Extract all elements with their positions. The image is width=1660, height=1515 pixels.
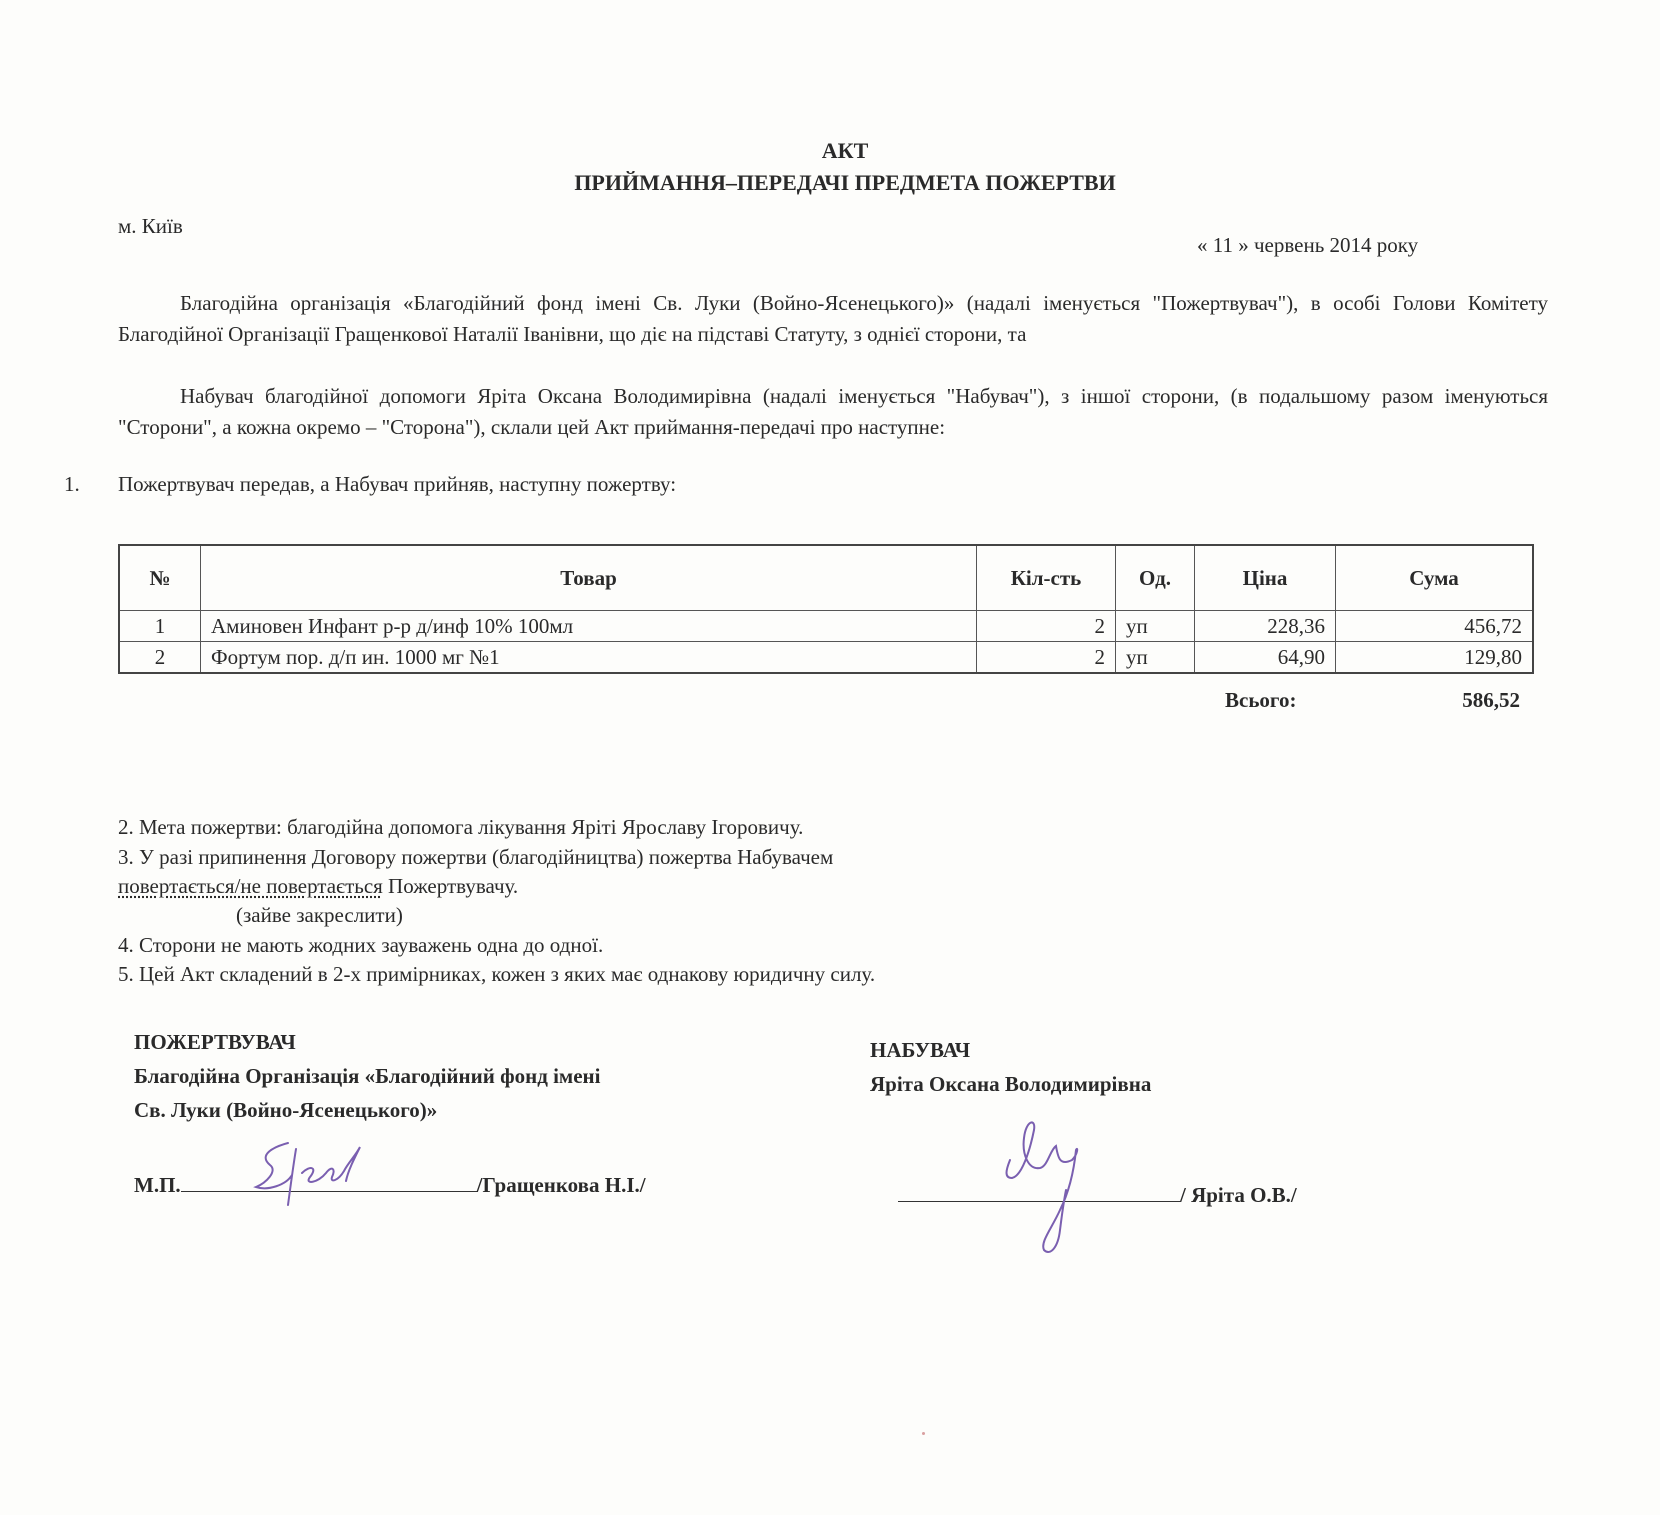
cell-product: Фортум пор. д/п ин. 1000 мг №1 xyxy=(201,642,977,674)
donor-org-line2: Св. Луки (Войно-Ясенецького)» xyxy=(134,1098,437,1123)
total-value: 586,52 xyxy=(1420,688,1520,713)
donor-role: ПОЖЕРТВУВАЧ xyxy=(134,1030,296,1055)
header-number: № xyxy=(119,545,201,611)
document-date: « 11 » червень 2014 року xyxy=(1197,233,1418,258)
header-sum: Сума xyxy=(1336,545,1534,611)
cell-sum: 456,72 xyxy=(1336,611,1534,642)
paragraph-recipient-text: Набувач благодійної допомоги Яріта Оксан… xyxy=(118,384,1548,439)
paragraph-donor-text: Благодійна організація «Благодійний фонд… xyxy=(118,291,1548,346)
cell-product: Аминовен Инфант р-р д/инф 10% 100мл xyxy=(201,611,977,642)
paragraph-donor: Благодійна організація «Благодійний фонд… xyxy=(118,288,1548,350)
clause-3-options: повертається/не повертається xyxy=(118,874,383,898)
cell-quantity: 2 xyxy=(977,611,1116,642)
cell-price: 228,36 xyxy=(1195,611,1336,642)
header-product: Товар xyxy=(201,545,977,611)
header-price: Ціна xyxy=(1195,545,1336,611)
clause-3-rest: Пожертвувачу. xyxy=(383,874,518,898)
recipient-signature-icon xyxy=(1000,1110,1110,1260)
header-quantity: Кіл-сть xyxy=(977,545,1116,611)
paragraph-recipient: Набувач благодійної допомоги Яріта Оксан… xyxy=(118,381,1548,443)
city: м. Київ xyxy=(118,214,183,239)
cell-number: 1 xyxy=(119,611,201,642)
donor-name: /Гращенкова Н.І./ xyxy=(477,1173,646,1197)
cell-price: 64,90 xyxy=(1195,642,1336,674)
clause-5: 5. Цей Акт складений в 2-х примірниках, … xyxy=(118,962,875,987)
clause-4: 4. Сторони не мають жодних зауважень одн… xyxy=(118,933,603,958)
cell-quantity: 2 xyxy=(977,642,1116,674)
donor-sign-line: М.П./Гращенкова Н.І./ xyxy=(134,1171,646,1198)
clause-3: 3. У разі припинення Договору пожертви (… xyxy=(118,845,833,870)
item1-number: 1. xyxy=(64,472,80,497)
clause-2: 2. Мета пожертви: благодійна допомога лі… xyxy=(118,815,803,840)
header-unit: Од. xyxy=(1116,545,1195,611)
recipient-name: / Яріта О.В./ xyxy=(1180,1183,1297,1207)
cell-unit: уп xyxy=(1116,611,1195,642)
donor-org-line1: Благодійна Організація «Благодійний фонд… xyxy=(134,1064,600,1089)
document-title: АКТ xyxy=(0,138,1660,164)
table-row: 1 Аминовен Инфант р-р д/инф 10% 100мл 2 … xyxy=(119,611,1533,642)
item1-text: Пожертвувач передав, а Набувач прийняв, … xyxy=(118,472,676,497)
scan-speck xyxy=(922,1432,925,1435)
recipient-role: НАБУВАЧ xyxy=(870,1038,970,1063)
table-row: 2 Фортум пор. д/п ин. 1000 мг №1 2 уп 64… xyxy=(119,642,1533,674)
document-subtitle: ПРИЙМАННЯ–ПЕРЕДАЧІ ПРЕДМЕТА ПОЖЕРТВИ xyxy=(0,170,1660,196)
recipient-full-name: Яріта Оксана Володимирівна xyxy=(870,1072,1151,1097)
clause-3-note: (зайве закреслити) xyxy=(236,903,403,928)
stamp-label: М.П. xyxy=(134,1173,181,1197)
cell-sum: 129,80 xyxy=(1336,642,1534,674)
goods-table: № Товар Кіл-сть Од. Ціна Сума 1 Аминовен… xyxy=(118,544,1534,674)
cell-number: 2 xyxy=(119,642,201,674)
total-label: Всього: xyxy=(1225,688,1296,713)
cell-unit: уп xyxy=(1116,642,1195,674)
clause-3-continuation: повертається/не повертається Пожертвувач… xyxy=(118,874,518,899)
donor-signature-icon xyxy=(248,1135,378,1210)
table-header-row: № Товар Кіл-сть Од. Ціна Сума xyxy=(119,545,1533,611)
